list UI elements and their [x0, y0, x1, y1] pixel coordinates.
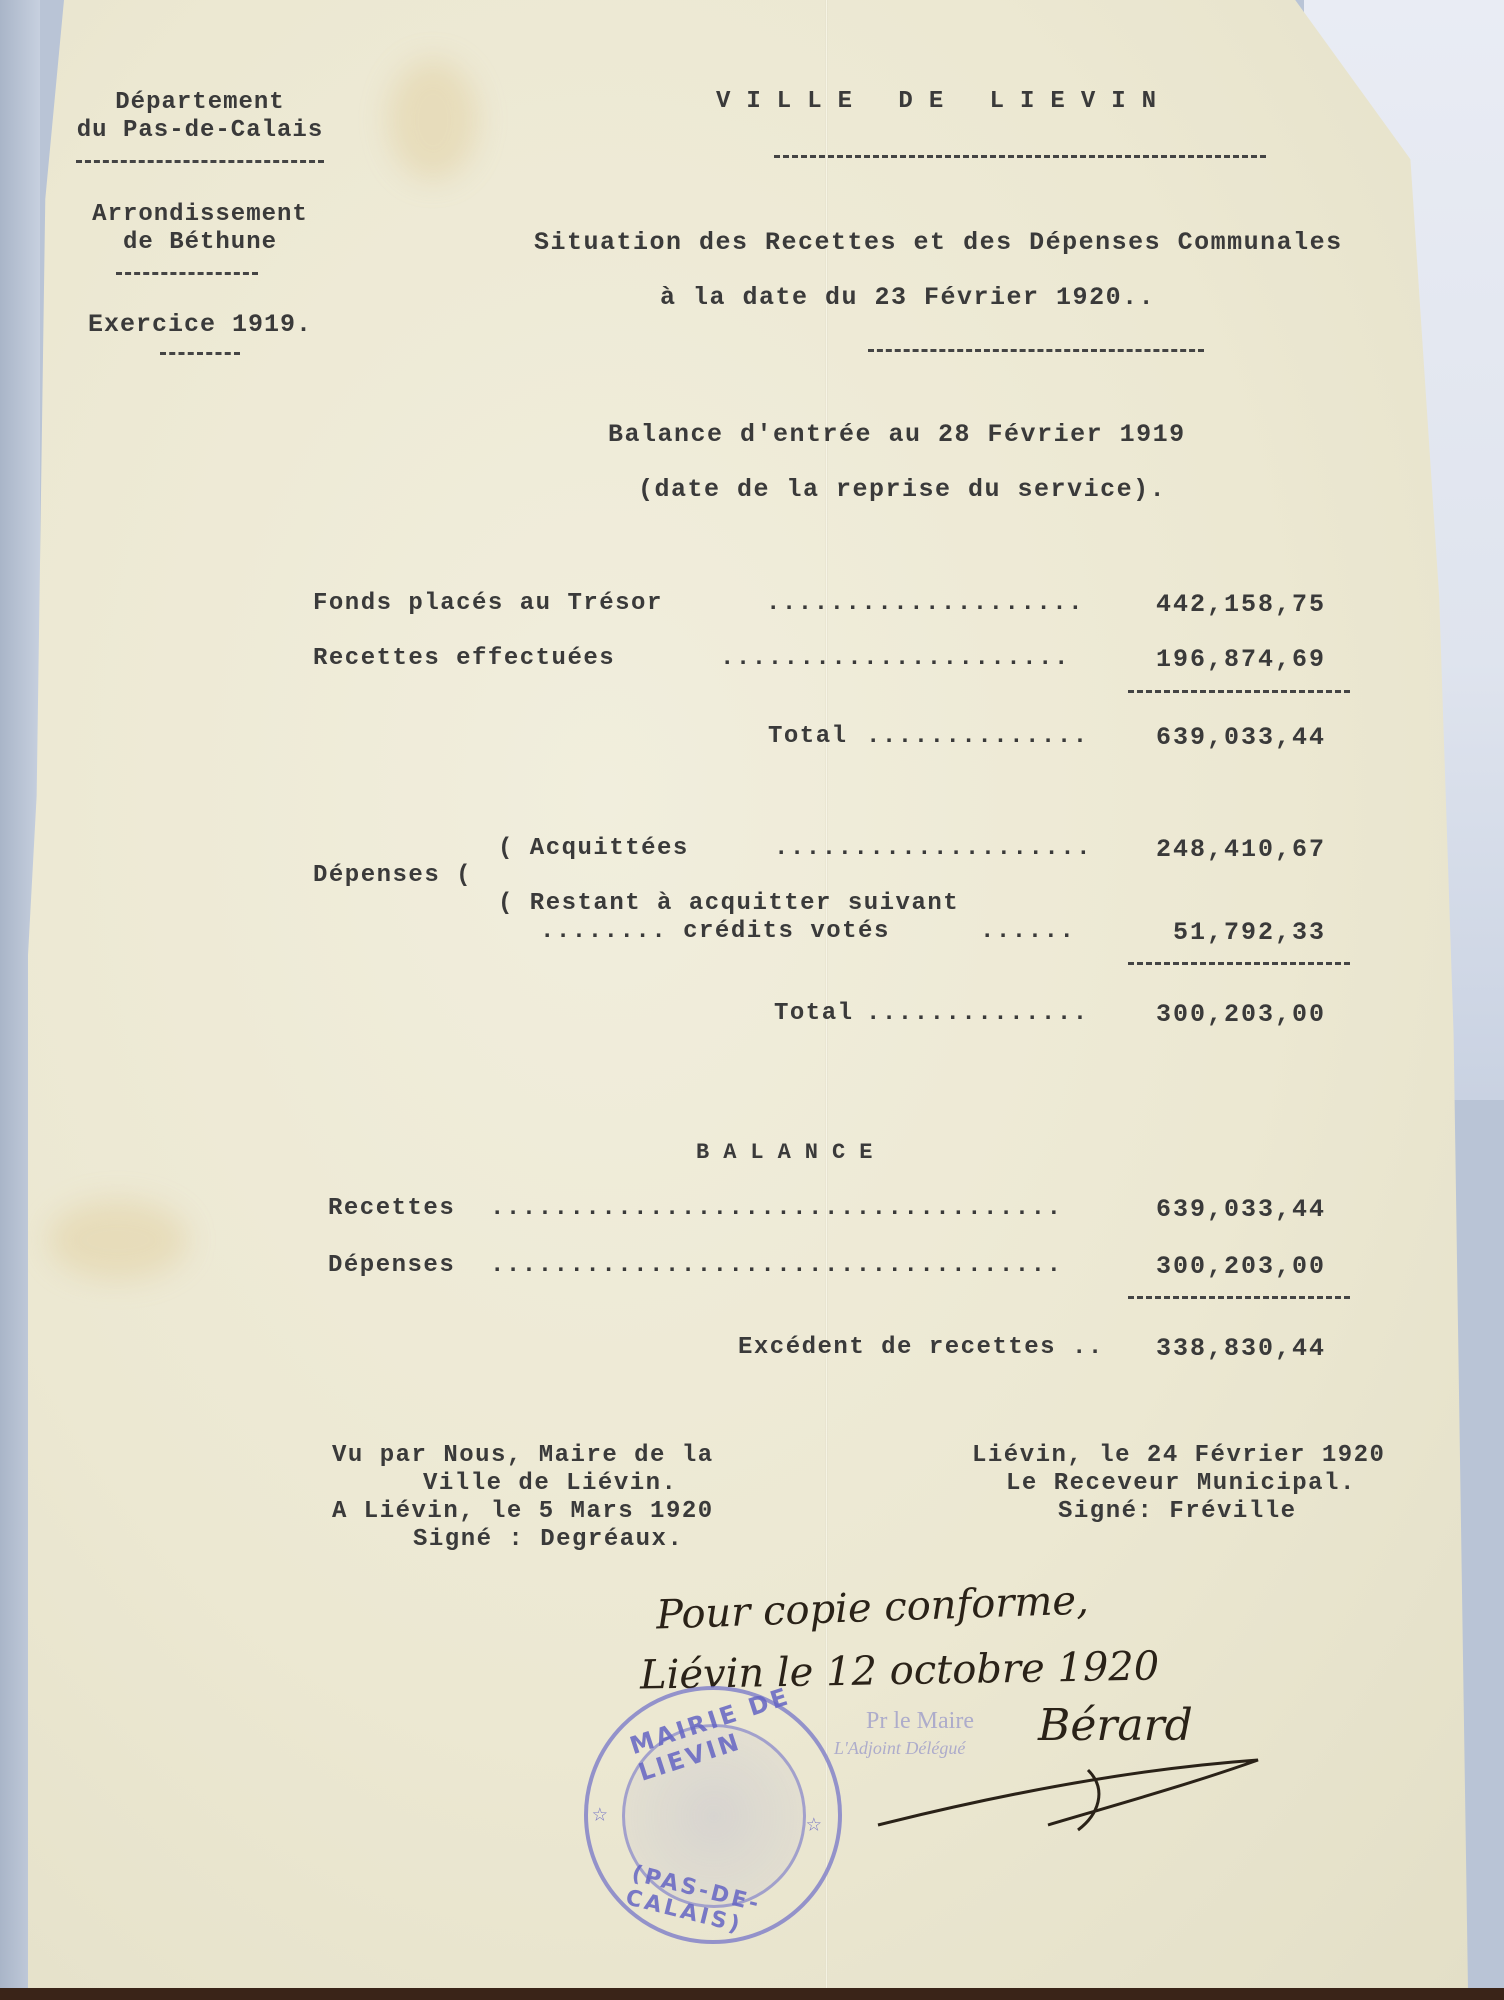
mayor-line: A Liévin, le 5 Mars 1920: [332, 1498, 714, 1525]
expenses-row-amount: 248,410,67: [1116, 835, 1326, 864]
leader-dots: ..............: [866, 723, 1089, 750]
balance-row-label: Recettes: [328, 1195, 455, 1222]
mayor-line: Vu par Nous, Maire de la: [332, 1442, 714, 1469]
department-label: Département: [50, 88, 350, 118]
sum-underline: [1128, 1296, 1350, 1299]
expenses-row-label: ( Restant à acquitter suivant: [498, 890, 959, 917]
balance-row-amount: 639,033,44: [1116, 1195, 1326, 1224]
table-edge: [0, 1988, 1504, 2000]
opening-balance-line2: (date de la reprise du service).: [638, 475, 1166, 504]
expenses-row-label: ( Acquittées: [498, 835, 689, 862]
receipts-total-amount: 639,033,44: [1116, 723, 1326, 752]
document-page: Département du Pas-de-Calais Arrondissem…: [28, 0, 1468, 1990]
receipts-row-amount: 196,874,69: [1116, 645, 1326, 674]
leader-dots: ....................: [766, 590, 1084, 617]
divider: [774, 155, 1266, 158]
arrondissement-label: Arrondissement: [50, 200, 350, 230]
expenses-total-label: Total: [774, 1000, 854, 1027]
municipal-seal: MAIRIE DE LIEVIN (PAS-DE-CALAIS) ☆ ☆: [584, 1686, 842, 1944]
star-icon: ☆: [806, 1808, 822, 1839]
divider: [116, 272, 258, 275]
divider: [868, 349, 1204, 352]
mayor-line: Ville de Liévin.: [423, 1470, 677, 1497]
receipts-row-amount: 442,158,75: [1116, 590, 1326, 619]
stain: [388, 60, 478, 180]
expenses-total-amount: 300,203,00: [1116, 1000, 1326, 1029]
excess-amount: 338,830,44: [1116, 1334, 1326, 1363]
leader-dots: ......: [980, 918, 1075, 945]
expenses-row-label: ........ crédits votés: [540, 918, 890, 945]
leader-dots: ......................: [720, 645, 1070, 672]
sum-underline: [1128, 962, 1350, 965]
receiver-line: Le Receveur Municipal.: [1006, 1470, 1356, 1497]
divider: [76, 160, 324, 163]
city-title: VILLE DE LIEVIN: [716, 88, 1172, 115]
handwritten-certification-line1: Pour copie conforme,: [655, 1577, 1089, 1638]
balance-row-amount: 300,203,00: [1116, 1252, 1326, 1281]
opening-balance-line1: Balance d'entrée au 28 Février 1919: [608, 420, 1186, 449]
arrondissement-name: de Béthune: [50, 228, 350, 258]
department-name: du Pas-de-Calais: [50, 116, 350, 146]
leader-dots: ....................................: [490, 1252, 1062, 1279]
leader-dots: ..............: [866, 1000, 1089, 1027]
balance-title: BALANCE: [696, 1140, 886, 1165]
star-icon: ☆: [592, 1798, 608, 1829]
receipts-row-label: Recettes effectuées: [313, 645, 615, 672]
receipts-total-label: Total: [768, 723, 848, 750]
expenses-group-label: Dépenses (: [313, 862, 472, 889]
receiver-line: Liévin, le 24 Février 1920: [972, 1442, 1385, 1469]
report-subtitle-line1: Situation des Recettes et des Dépenses C…: [534, 228, 1343, 257]
excess-label: Excédent de recettes ..: [738, 1334, 1104, 1361]
receiver-line: Signé: Fréville: [1058, 1498, 1297, 1525]
balance-row-label: Dépenses: [328, 1252, 455, 1279]
exercise-year: Exercice 1919.: [50, 310, 350, 340]
divider: [160, 352, 240, 355]
receipts-row-label: Fonds placés au Trésor: [313, 590, 663, 617]
signature-flourish-icon: [858, 1730, 1278, 1840]
stain: [48, 1200, 188, 1280]
sum-underline: [1128, 690, 1350, 693]
mayor-line: Signé : Degréaux.: [413, 1526, 683, 1553]
leader-dots: ....................................: [490, 1195, 1062, 1222]
leader-dots: ....................: [774, 835, 1092, 862]
expenses-row-amount: 51,792,33: [1116, 918, 1326, 947]
report-subtitle-line2: à la date du 23 Février 1920..: [660, 283, 1155, 312]
